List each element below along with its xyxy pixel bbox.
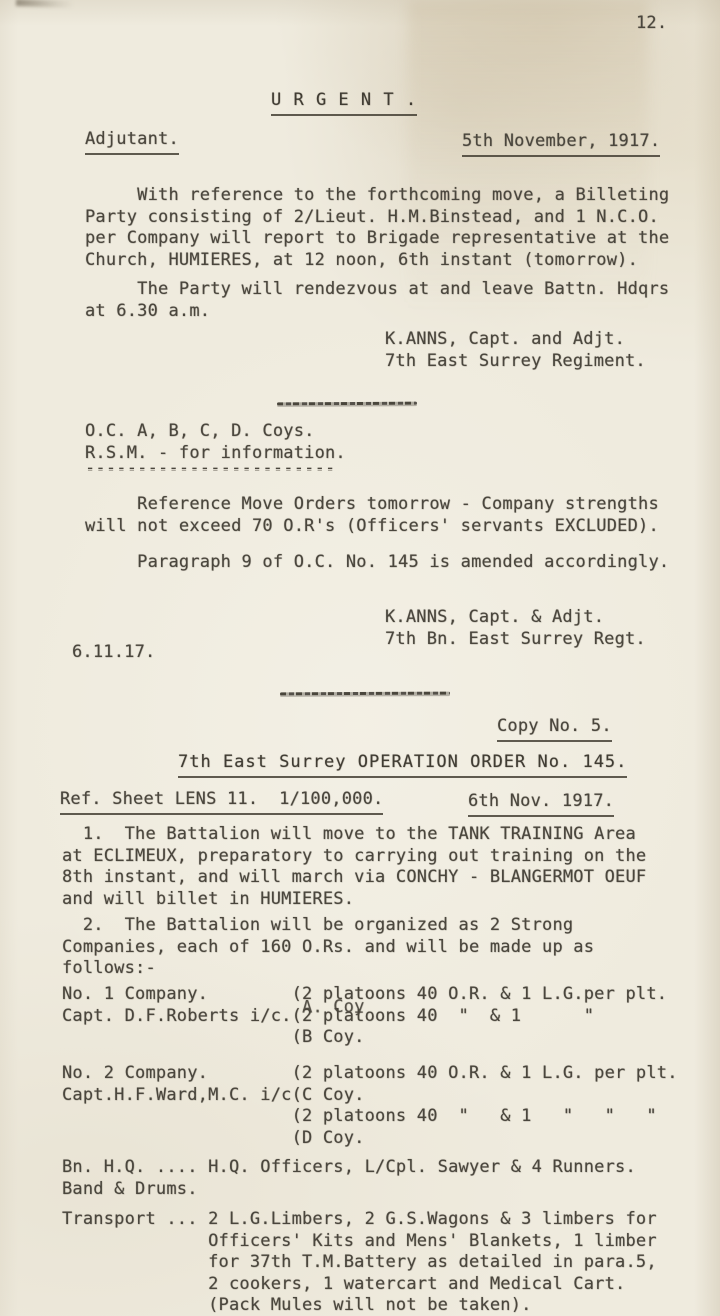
document-page: 12. U R G E N T . Adjutant. 5th November…: [0, 0, 720, 1316]
memo-addressee: Adjutant.: [85, 129, 179, 155]
battalion-hq-composition: Bn. H.Q. .... H.Q. Officers, L/Cpl. Sawy…: [62, 1157, 636, 1200]
order-date: 6th Nov. 1917.: [468, 791, 614, 817]
order-paragraph-2: 2. The Battalion will be organized as 2 …: [62, 915, 594, 980]
separator-rule-1: [277, 402, 417, 406]
distribution-dashed-line: ------------------------: [85, 458, 335, 480]
memo-date-2: 6.11.17.: [72, 642, 155, 664]
company-1-overtyped-coy: A. Coy: [302, 996, 365, 1019]
memo-paragraph-3: Reference Move Orders tomorrow - Company…: [85, 494, 659, 537]
operation-order-title: 7th East Surrey OPERATION ORDER No. 145.: [178, 752, 627, 778]
urgent-heading: U R G E N T .: [271, 90, 417, 116]
memo-paragraph-4: Paragraph 9 of O.C. No. 145 is amended a…: [85, 552, 669, 574]
memo-signature-block: K.ANNS, Capt. and Adjt. 7th East Surrey …: [385, 329, 646, 372]
memo-date: 5th November, 1917.: [462, 131, 660, 157]
memo-paragraph-1: With reference to the forthcoming move, …: [85, 185, 669, 271]
company-2-composition: No. 2 Company. (2 platoons 40 O.R. & 1 L…: [62, 1063, 678, 1149]
memo-paragraph-2: The Party will rendezvous at and leave B…: [85, 279, 669, 322]
distribution-line-1: O.C. A, B, C, D. Coys.: [85, 421, 315, 443]
order-paragraph-1: 1. The Battalion will move to the TANK T…: [62, 824, 646, 910]
memo-signature-block-2: K.ANNS, Capt. & Adjt. 7th Bn. East Surre…: [385, 607, 646, 650]
copy-number: Copy No. 5.: [497, 716, 612, 742]
map-reference: Ref. Sheet LENS 11. 1/100,000.: [60, 789, 383, 815]
separator-rule-2: [280, 692, 450, 696]
page-number: 12.: [636, 13, 667, 35]
transport-detail: Transport ... 2 L.G.Limbers, 2 G.S.Wagon…: [62, 1209, 657, 1316]
paper-edge-mark: [16, 0, 74, 8]
